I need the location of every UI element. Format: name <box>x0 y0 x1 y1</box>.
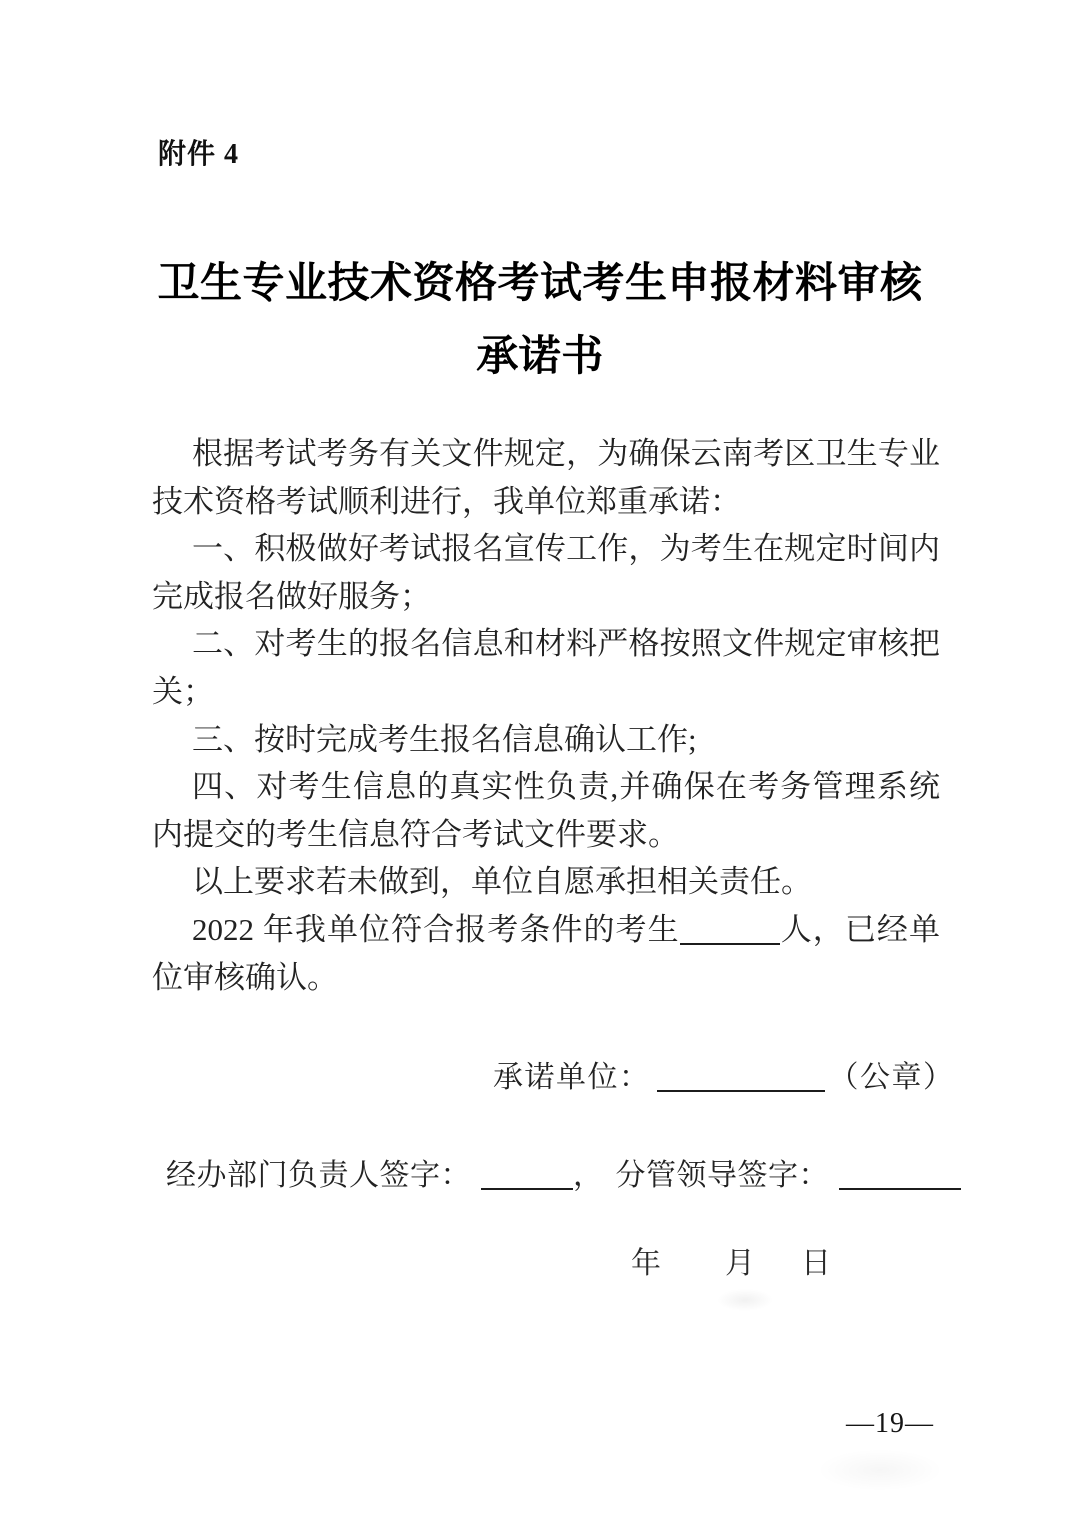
body-text: 根据考试考务有关文件规定，为确保云南考区卫生专业技术资格考试顺利进行，我单位郑重… <box>152 430 940 1001</box>
unit-signature-blank <box>657 1090 825 1092</box>
unit-signature-line: 承诺单位：（公章） <box>493 1052 955 1096</box>
handler-signature-label: 经办部门负责人签字： <box>166 1159 471 1192</box>
commitment-item-2: 二、对考生的报名信息和材料严格按照文件规定审核把关； <box>152 620 940 715</box>
month-label: 月 <box>725 1247 755 1280</box>
document-page: 附件 4 卫生专业技术资格考试考生申报材料审核 承诺书 根据考试考务有关文件规定… <box>0 0 1080 1527</box>
intro-paragraph: 根据考试考务有关文件规定，为确保云南考区卫生专业技术资格考试顺利进行，我单位郑重… <box>152 430 940 525</box>
title-line-1: 卫生专业技术资格考试考生申报材料审核 <box>0 248 1080 321</box>
commitment-item-4: 四、对考生信息的真实性负责,并确保在考务管理系统内提交的考生信息符合考试文件要求… <box>152 763 940 858</box>
unit-label: 承诺单位： <box>493 1061 651 1094</box>
responsibility-paragraph: 以上要求若未做到，单位自愿承担相关责任。 <box>152 858 940 906</box>
doc-title: 卫生专业技术资格考试考生申报材料审核 承诺书 <box>0 248 1080 394</box>
signer-line: 经办部门负责人签字：，分管领导签字： <box>166 1150 961 1194</box>
attachment-label: 附件 4 <box>158 132 239 172</box>
count-blank <box>680 943 780 945</box>
commitment-item-1: 一、积极做好考试报名宣传工作，为考生在规定时间内完成报名做好服务； <box>152 525 940 620</box>
count-paragraph: 2022 年我单位符合报考条件的考生人，已经单位审核确认。 <box>152 906 940 1001</box>
leader-signature-label: 分管领导签字： <box>616 1159 830 1192</box>
commitment-item-3: 三、按时完成考生报名信息确认工作; <box>152 716 940 764</box>
year-label: 年 <box>631 1247 661 1280</box>
day-label: 日 <box>801 1247 831 1280</box>
page-number: —19— <box>846 1408 934 1440</box>
seal-label: （公章） <box>829 1061 955 1094</box>
date-line: 年月日 <box>631 1238 831 1282</box>
title-line-2: 承诺书 <box>0 321 1080 394</box>
signature-separator: ， <box>573 1159 604 1192</box>
leader-signature-blank <box>839 1188 961 1190</box>
count-prefix: 2022 年我单位符合报考条件的考生 <box>192 912 680 947</box>
handler-signature-blank <box>481 1188 573 1190</box>
